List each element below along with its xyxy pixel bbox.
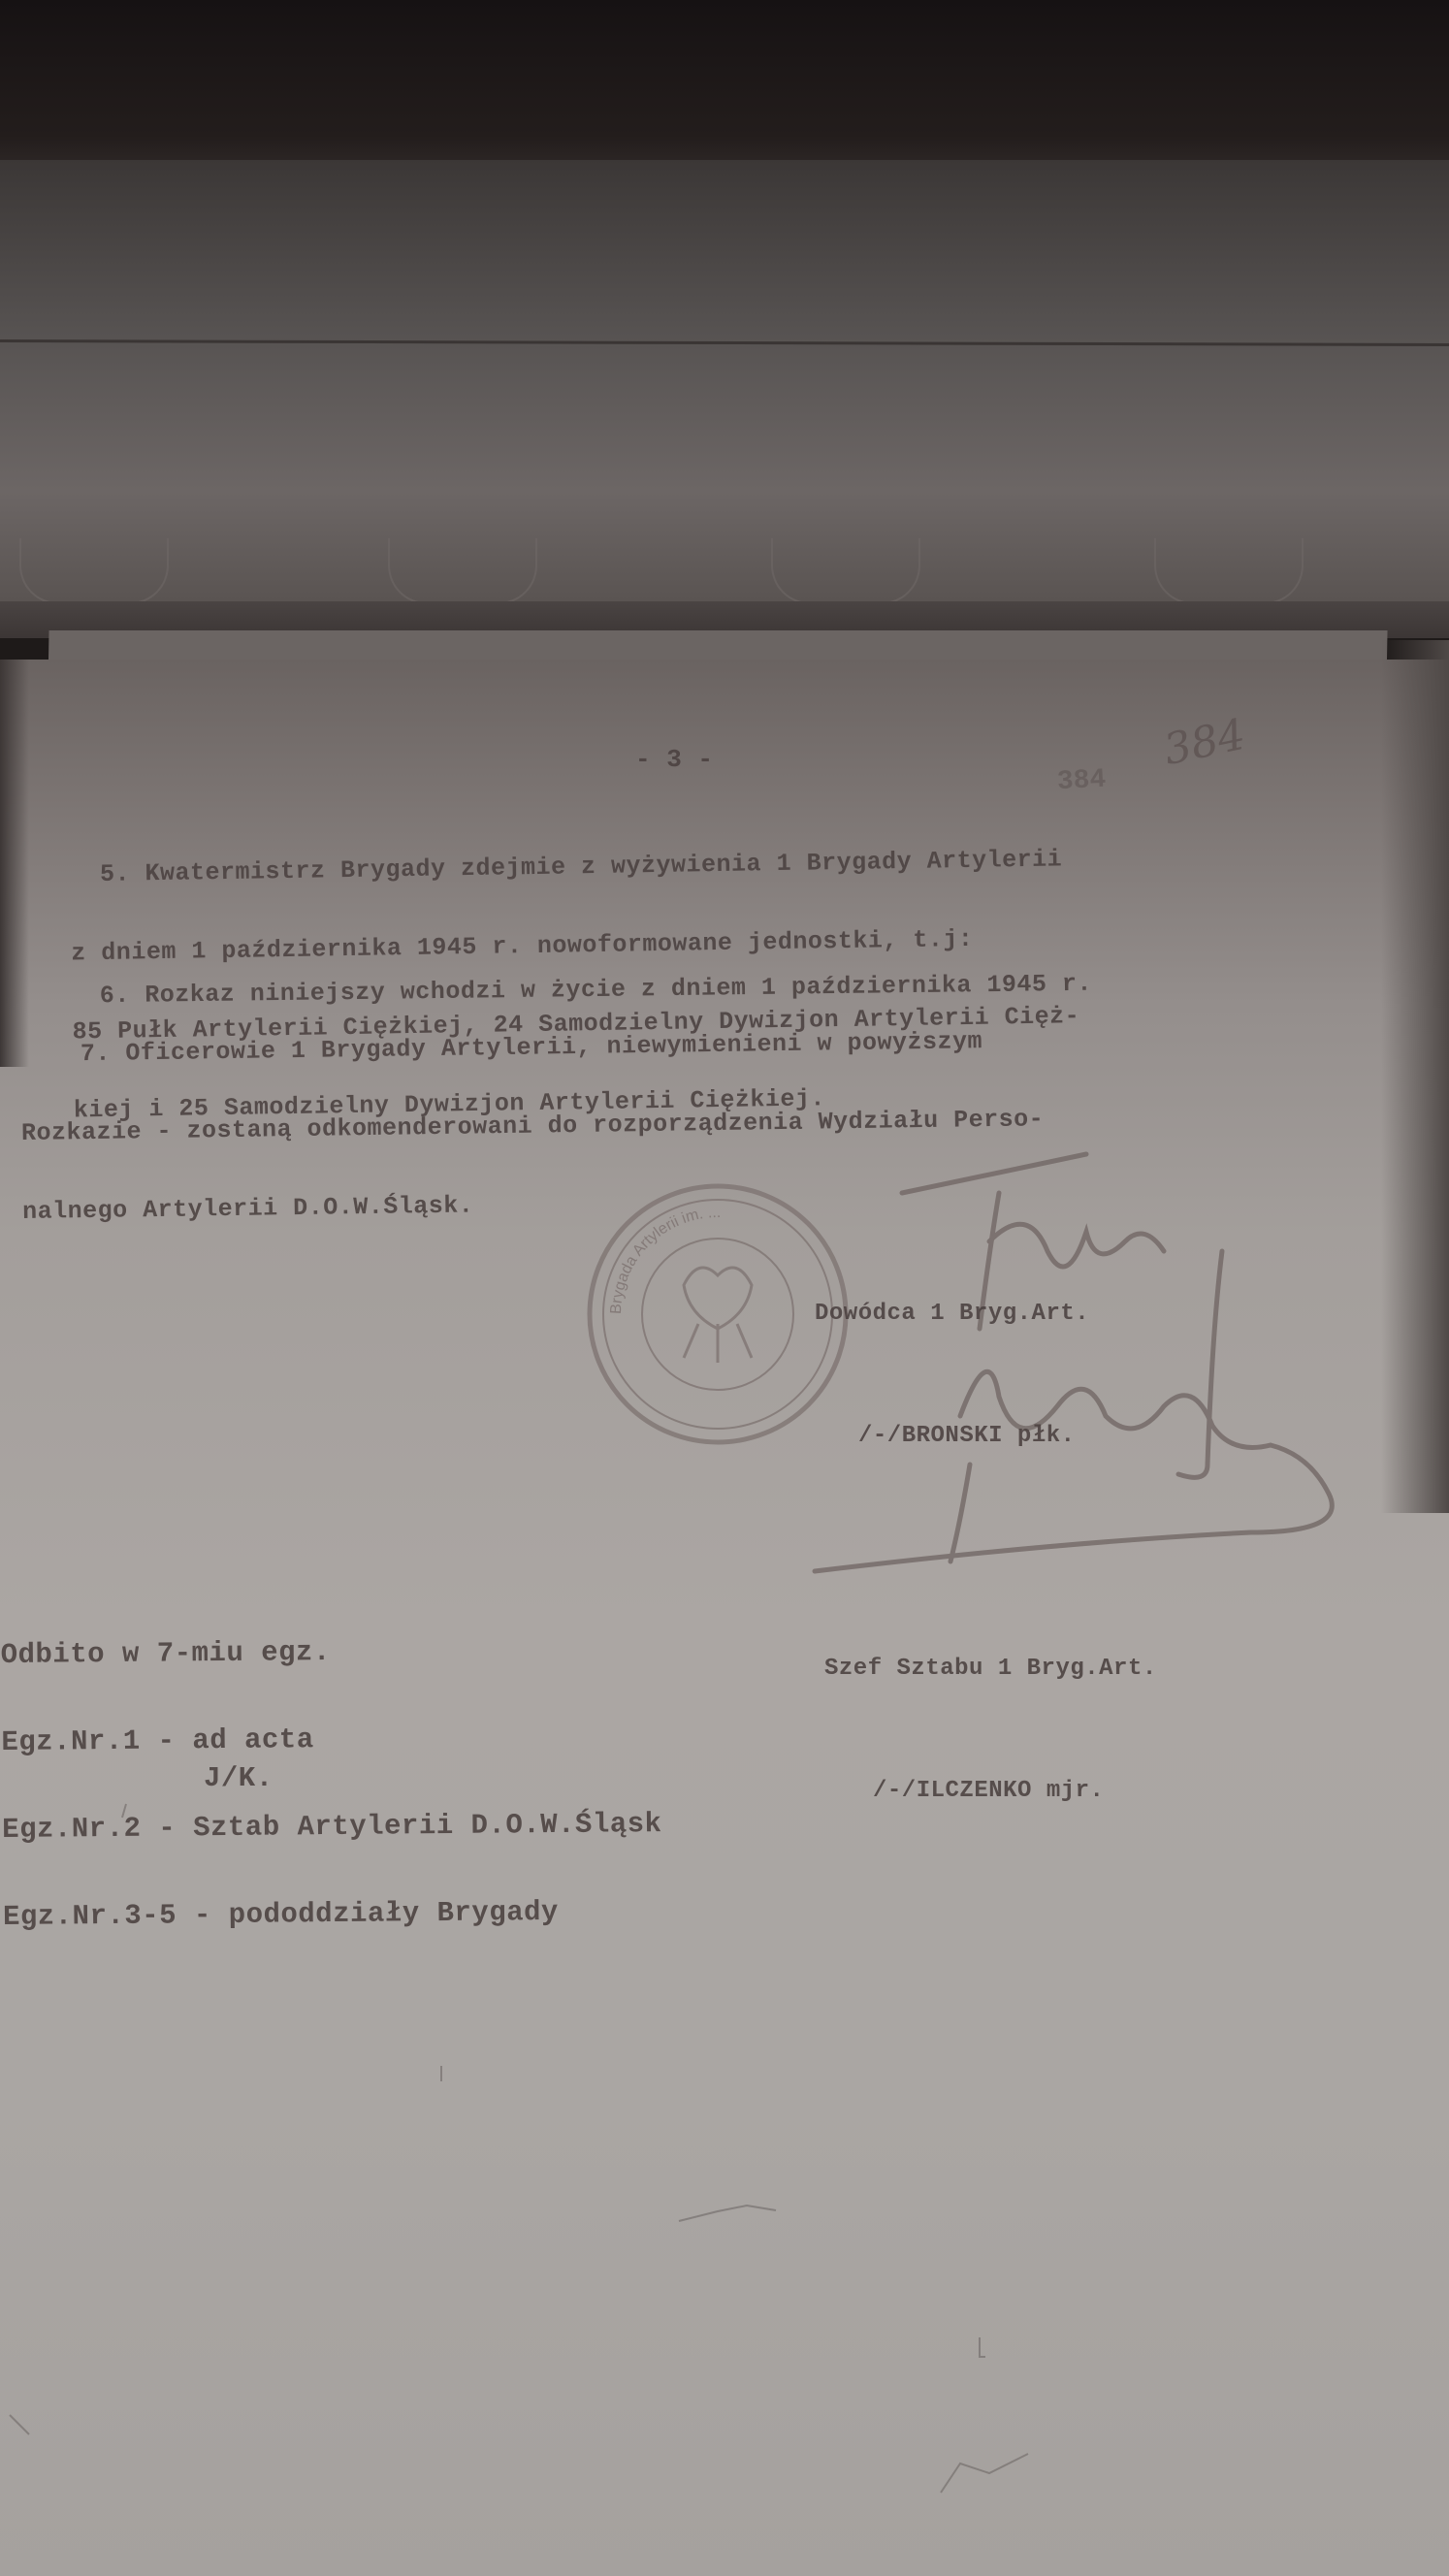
signatory-title: Dowódca 1 Bryg.Art. [815,1294,1157,1335]
scanner-lid-tab [19,538,169,604]
scanner-lid-tab [388,538,537,604]
page-number: - 3 - [635,747,714,773]
paper-specks [0,1794,1449,2576]
scanner-lid-tab [771,538,920,604]
distribution-line: Egz.Nr.1 - ad acta [1,1723,661,1757]
paragraph-line: 7. Oficerowie 1 Brygady Artylerii, niewy… [20,1027,1043,1068]
scanner-lid-tab [1154,538,1304,604]
background-dark-area [0,0,1449,170]
signatory-title: Szef Sztabu 1 Bryg.Art. [824,1649,1157,1690]
distribution-line: Odbito w 7-miu egz. [1,1635,661,1670]
paragraph-line: 5. Kwatermistrz Brygady zdejmie z wyżywi… [40,846,1078,888]
scanner-lid [0,160,1449,601]
registry-stamp: 384 [1056,765,1107,798]
typist-initials: J/K. [204,1765,274,1791]
signature-block: Dowódca 1 Bryg.Art. /-/BRONSKI płk. Szef… [815,1212,1157,1852]
signatory-name: /-/BRONSKI płk. [858,1416,1157,1457]
